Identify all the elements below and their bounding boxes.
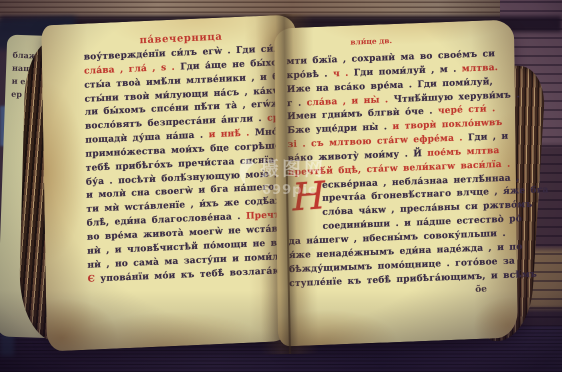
left-page-title: па́вечерница — [139, 32, 222, 47]
right-page-header: вли́це дв. — [350, 36, 392, 47]
ink-text: Гди поми́луй , м . — [354, 64, 462, 78]
rubric-text: ч . — [333, 68, 354, 79]
stock-photo-watermark: 摄图网 699pic — [234, 154, 358, 206]
ink-text: Гди , и — [468, 132, 508, 144]
rubric-text: Є — [88, 274, 101, 285]
page-number: о̃е — [475, 285, 487, 295]
rubric-text: млтва. — [462, 63, 498, 74]
rubric-text: и ннѣ́ . — [209, 128, 255, 140]
swirl-leaf-logo-icon — [234, 156, 258, 188]
rubric-text: чере́ сти́ . — [438, 105, 496, 117]
watermark-brand-text: 摄图网 — [260, 154, 326, 181]
photo-old-slavonic-book: блаж наши и ел ер па́вечерница воу́тверж… — [0, 0, 562, 372]
rubric-text: сла́ва , гла́ , ѕ . — [84, 62, 180, 76]
rubric-text: пое́мъ млтва — [427, 146, 499, 159]
watermark-domain-text: 699pic — [262, 183, 317, 198]
rubric-text: и творѝ покло́нwвъ — [392, 118, 502, 132]
rubric-text: сла́ва , и ны̀ . — [307, 95, 394, 108]
